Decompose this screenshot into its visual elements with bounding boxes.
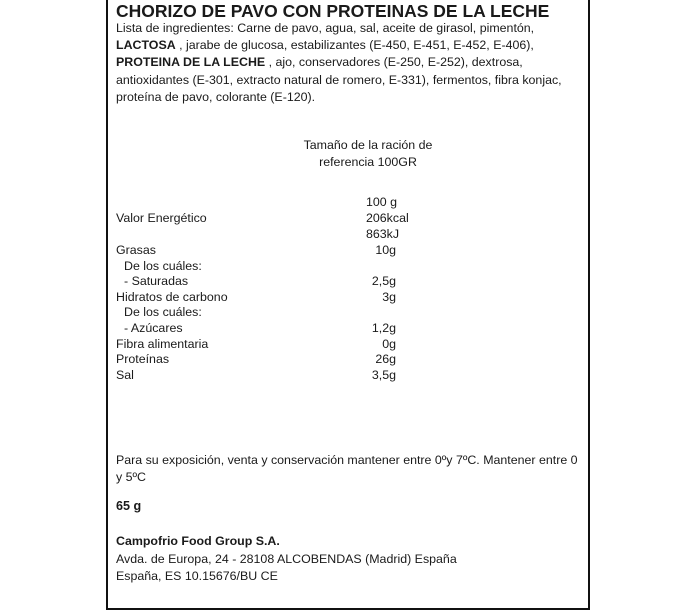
nutrition-label: Sal (116, 367, 134, 383)
nutrition-row: Proteínas26g (116, 351, 396, 367)
nutrition-value: 1,2g (372, 320, 396, 336)
ingredients-line: Lista de ingredientes: Carne de pavo, ag… (116, 21, 534, 35)
ingredients-line: , ajo, conservadores (E-250, E-252), dex… (265, 55, 523, 69)
nutrition-label: Proteínas (116, 351, 169, 367)
address-line: Avda. de Europa, 24 - 28108 ALCOBENDAS (… (116, 552, 457, 566)
nutrition-row: Hidratos de carbono3g (116, 289, 396, 305)
nutrition-label: Valor Energético (116, 210, 207, 226)
nutrition-label: - Saturadas (124, 273, 188, 289)
nutrition-value: 3g (382, 289, 396, 305)
nutrition-value: 0g (382, 336, 396, 352)
energy-kcal: 206kcal (366, 210, 409, 227)
serving-size-line: Tamaño de la ración de (304, 138, 433, 152)
nutrition-value: 3,5g (372, 367, 396, 383)
nutrition-row: Sal3,5g (116, 367, 396, 383)
allergen-lactose: LACTOSA (116, 38, 176, 52)
nutrition-row: Fibra alimentaria0g (116, 336, 396, 352)
nutrition-row: - Azúcares1,2g (116, 320, 396, 336)
nutrition-row-energy: Valor Energético (116, 210, 396, 226)
serving-size: Tamaño de la ración de referencia 100GR (298, 137, 438, 171)
serving-size-line: referencia 100GR (319, 155, 417, 169)
product-label: CHORIZO DE PAVO CON PROTEINAS DE LA LECH… (106, 0, 590, 610)
manufacturer-address: Avda. de Europa, 24 - 28108 ALCOBENDAS (… (116, 551, 457, 585)
registry-line: España, ES 10.15676/BU CE (116, 569, 278, 583)
nutrition-value: 26g (375, 351, 396, 367)
net-weight: 65 g (116, 499, 141, 513)
nutrition-label: De los cuáles: (124, 304, 202, 320)
nutrition-label: Fibra alimentaria (116, 336, 208, 352)
column-header: 100 g (366, 194, 397, 211)
nutrition-row: - Saturadas2,5g (116, 273, 396, 289)
nutrition-row: Grasas10g (116, 242, 396, 258)
ingredients-line: antioxidantes (E-301, extracto natural d… (116, 73, 562, 87)
nutrition-label: De los cuáles: (124, 258, 202, 274)
nutrition-value: 10g (375, 242, 396, 258)
nutrition-row: De los cuáles: (116, 304, 396, 320)
product-title: CHORIZO DE PAVO CON PROTEINAS DE LA LECH… (116, 1, 549, 21)
ingredients-line: proteína de pavo, colorante (E-120). (116, 90, 315, 104)
ingredients-line: , jarabe de glucosa, estabilizantes (E-4… (176, 38, 534, 52)
nutrition-label: - Azúcares (124, 320, 183, 336)
manufacturer-name: Campofrio Food Group S.A. (116, 534, 280, 548)
ingredients-list: Lista de ingredientes: Carne de pavo, ag… (116, 20, 586, 106)
allergen-milk-protein: PROTEINA DE LA LECHE (116, 55, 265, 69)
nutrition-row: De los cuáles: (116, 258, 396, 274)
storage-instructions: Para su exposición, venta y conservación… (116, 452, 586, 486)
energy-kj: 863kJ (366, 226, 399, 243)
nutrition-label: Grasas (116, 242, 156, 258)
nutrition-value: 2,5g (372, 273, 396, 289)
nutrition-label: Hidratos de carbono (116, 289, 228, 305)
